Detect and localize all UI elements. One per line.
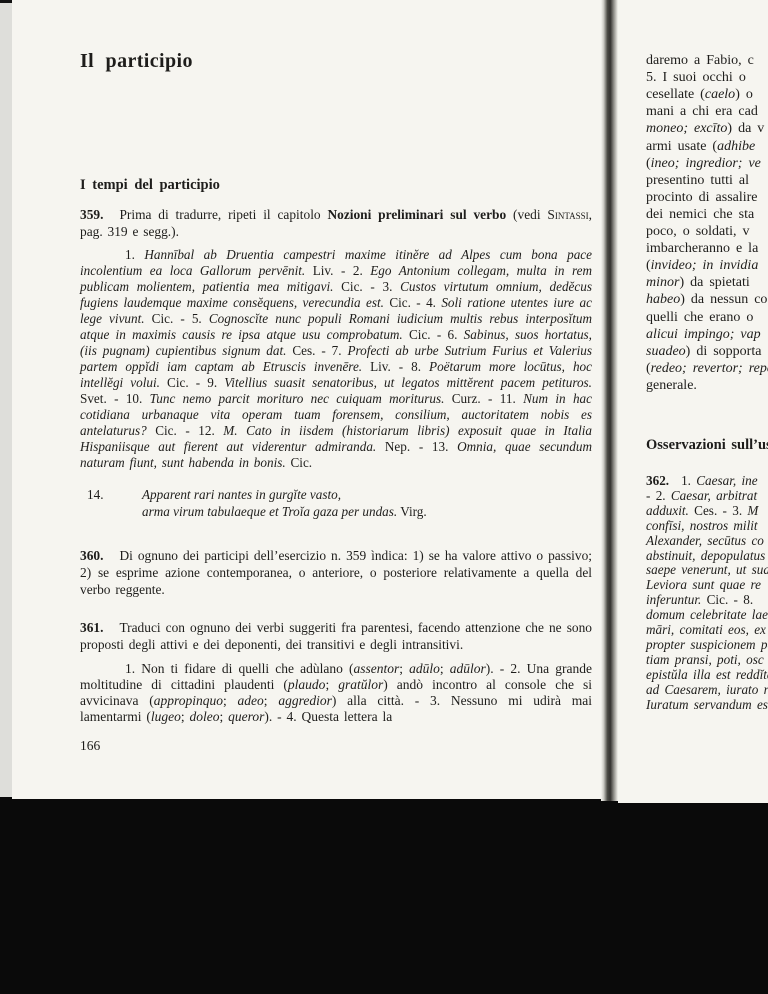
text-line: imbarcheranno e la xyxy=(646,240,768,257)
text-segment: daremo a Fabio, c xyxy=(646,53,754,68)
text-segment: māri, comitati eos, ex xyxy=(646,622,766,637)
paragraph-359: 359.Prima di tradurre, ripeti il capitol… xyxy=(80,206,592,240)
text-segment: Caesar, ine xyxy=(696,473,757,488)
text-segment: Nep. - 13. xyxy=(376,439,457,454)
text-line: suadeo) di sopporta xyxy=(646,343,768,360)
text-segment: adūlo xyxy=(409,661,440,676)
text-segment: procinto di assalire xyxy=(646,190,758,205)
text-segment: generale. xyxy=(646,378,697,393)
text-segment: Cic. xyxy=(286,455,312,470)
text-segment: abstinuit, depopulatus xyxy=(646,548,765,563)
text-segment: redeo; revertor; repe xyxy=(651,361,768,376)
text-segment: habeo xyxy=(646,292,680,307)
text-line: tiam pransi, poti, osc xyxy=(646,653,768,668)
scanned-book-photo: { "colors": { "paper": "#f6f5f0", "ink":… xyxy=(0,0,768,994)
text-line: propter suspicionem pa xyxy=(646,638,768,653)
verse-lines: Apparent rari nantes in gurgĭte vasto, a… xyxy=(142,487,582,520)
text-segment: armi usate ( xyxy=(646,139,717,154)
text-segment: poco, o soldati, v xyxy=(646,224,750,239)
text-segment: ; xyxy=(399,661,409,676)
text-segment: presentino tutti al xyxy=(646,173,749,188)
text-line: (invideo; in invidia xyxy=(646,257,768,274)
text-segment: imbarcheranno e la xyxy=(646,241,758,256)
text-segment: M xyxy=(747,503,758,518)
text-segment: quelli che erano o xyxy=(646,310,753,325)
text-line: quelli che erano o xyxy=(646,309,768,326)
text-line: epistŭla illa est reddĭta xyxy=(646,668,768,683)
text-segment: Liv. - 8. xyxy=(362,359,429,374)
text-line: presentino tutti al xyxy=(646,172,768,189)
text-line: confīsi, nostros milit xyxy=(646,519,768,534)
text-line: Iuratum servandum es xyxy=(646,698,768,713)
text-line: 362.1. Caesar, ine xyxy=(646,474,768,489)
text-segment: saepe venerunt, ut sua xyxy=(646,562,768,577)
text-segment: Cic. - 3. xyxy=(333,279,400,294)
text-segment: Alexander, secūtus co xyxy=(646,533,764,548)
text-segment: 359. xyxy=(80,207,103,222)
text-segment: adūlor xyxy=(450,661,486,676)
text-segment: 360. xyxy=(80,548,103,563)
text-segment: propter suspicionem pa xyxy=(646,637,768,652)
text-segment: 1. Non ti fidare di quelli che adùlano ( xyxy=(125,661,354,676)
text-line: poco, o soldati, v xyxy=(646,223,768,240)
text-segment: ) o xyxy=(735,87,753,102)
text-segment: ) di sopporta xyxy=(686,344,762,359)
text-line: minor) da spietati xyxy=(646,274,768,291)
text-segment: minor xyxy=(646,275,679,290)
text-segment: ; xyxy=(181,709,190,724)
text-line: 5. I suoi occhi o xyxy=(646,69,768,86)
text-segment: ; xyxy=(325,677,338,692)
text-segment: ) da v xyxy=(727,121,764,136)
text-segment: invideo; in invidia xyxy=(651,258,759,273)
text-line: cesellate (caelo) o xyxy=(646,86,768,103)
text-segment: Ces. - 7. xyxy=(286,343,347,358)
text-segment: adhibe xyxy=(717,139,755,154)
text-segment: Ces. - 3. xyxy=(694,503,747,518)
text-segment: Caesar, arbitrat xyxy=(671,488,757,503)
text-segment: 1. xyxy=(125,247,144,262)
text-segment: ). - 4. Questa lettera la xyxy=(264,709,392,724)
text-segment: ad Caesarem, iurato r xyxy=(646,682,768,697)
text-segment: ; xyxy=(440,661,450,676)
text-segment: Di ognuno dei participi dell’esercizio n… xyxy=(80,548,592,597)
text-segment: assentor xyxy=(354,661,400,676)
text-segment: caelo xyxy=(705,87,735,102)
paragraph-361: 361.Traduci con ognuno dei verbi suggeri… xyxy=(80,619,592,653)
text-segment: Iuratum servandum es xyxy=(646,697,768,712)
paragraph-360: 360.Di ognuno dei participi dell’eserciz… xyxy=(80,547,592,598)
text-segment: adeo xyxy=(238,693,264,708)
text-segment: dei nemici che sta xyxy=(646,207,754,222)
text-line: Leviora sunt quae re xyxy=(646,578,768,593)
text-segment: - 2. xyxy=(646,488,671,503)
text-segment: domum celebritate laet xyxy=(646,607,768,622)
text-segment: appropinquo xyxy=(154,693,223,708)
text-segment: (vedi xyxy=(506,207,547,222)
text-segment: Cic. - 6. xyxy=(403,327,464,342)
text-line: daremo a Fabio, c xyxy=(646,52,768,69)
text-segment: Svet. - 10. xyxy=(80,391,150,406)
verse-line: arma virum tabulaeque et Troĭa gaza per … xyxy=(142,504,582,521)
verse-line: Apparent rari nantes in gurgĭte vasto, xyxy=(142,487,582,504)
chapter-title: Il participio xyxy=(80,50,193,73)
exercise-359-sentences: 1. Hannībal ab Druentia campestri maxime… xyxy=(80,247,592,471)
text-line: procinto di assalire xyxy=(646,189,768,206)
text-line: abstinuit, depopulatus xyxy=(646,549,768,564)
text-line: - 2. Caesar, arbitrat xyxy=(646,489,768,504)
verse-number: 14. xyxy=(87,487,103,504)
text-line: domum celebritate laet xyxy=(646,608,768,623)
text-segment: Vitellius suasit senatoribus, ut legatos… xyxy=(224,375,592,390)
text-line: Alexander, secūtus co xyxy=(646,534,768,549)
text-segment: arma virum tabulaeque et Troĭa gaza per … xyxy=(142,504,397,519)
text-line: (redeo; revertor; repe xyxy=(646,360,768,377)
text-segment: tiam pransi, poti, osc xyxy=(646,652,764,667)
text-line: armi usate (adhibe xyxy=(646,138,768,155)
text-segment: Sintassi xyxy=(547,207,588,222)
text-segment: Cic. - 12. xyxy=(147,423,224,438)
text-line: ad Caesarem, iurato r xyxy=(646,683,768,698)
text-line: adduxit. Ces. - 3. M xyxy=(646,504,768,519)
text-segment: 361. xyxy=(80,620,103,635)
text-segment: ; xyxy=(223,693,238,708)
text-segment: doleo xyxy=(190,709,220,724)
text-segment: ineo; ingredior; ve xyxy=(651,156,761,171)
text-segment: gratŭlor xyxy=(338,677,383,692)
text-segment: Leviora sunt quae re xyxy=(646,577,761,592)
right-section-heading: Osservazioni sull’us xyxy=(646,437,768,454)
text-line: (ineo; ingredior; ve xyxy=(646,155,768,172)
text-line: habeo) da nessun co xyxy=(646,291,768,308)
text-segment: suadeo xyxy=(646,344,686,359)
text-segment: mani a chi era cad xyxy=(646,104,758,119)
section-heading: I tempi del participio xyxy=(80,177,220,194)
text-segment: Liv. - 2. xyxy=(305,263,370,278)
text-segment: moneo; excīto xyxy=(646,121,727,136)
text-segment: ; xyxy=(220,709,229,724)
text-segment: Tunc nemo parcit morituro nec cuiquam mo… xyxy=(150,391,445,406)
text-line: māri, comitati eos, ex xyxy=(646,623,768,638)
text-line: mani a chi era cad xyxy=(646,103,768,120)
text-segment: confīsi, nostros milit xyxy=(646,518,758,533)
text-segment: plaudo xyxy=(288,677,326,692)
text-segment: alicui impingo; vap xyxy=(646,327,761,342)
text-segment: ; xyxy=(264,693,279,708)
text-segment: ) da spietati xyxy=(679,275,749,290)
text-segment: 1. xyxy=(681,473,696,488)
book-spine-shadow xyxy=(601,0,618,801)
text-line: moneo; excīto) da v xyxy=(646,120,768,137)
text-segment: Nozioni preliminari sul verbo xyxy=(327,207,506,222)
text-segment: Cic. - 9. xyxy=(160,375,224,390)
text-line: dei nemici che sta xyxy=(646,206,768,223)
text-segment: cesellate ( xyxy=(646,87,705,102)
text-segment: aggredior xyxy=(278,693,332,708)
text-line: alicui impingo; vap xyxy=(646,326,768,343)
text-segment: Prima di tradurre, ripeti il capitolo xyxy=(119,207,327,222)
text-segment: lugeo xyxy=(151,709,181,724)
text-segment: Cic. - 5. xyxy=(145,311,209,326)
left-book-page: Il participio I tempi del participio 359… xyxy=(12,0,601,799)
text-segment: Curz. - 11. xyxy=(444,391,523,406)
text-segment: ) da nessun co xyxy=(680,292,767,307)
text-segment: 362. xyxy=(646,473,669,488)
exercise-361-sentences: 1. Non ti fidare di quelli che adùlano (… xyxy=(80,661,592,725)
text-segment: Virg. xyxy=(397,504,427,519)
text-segment: Apparent rari nantes in gurgĭte vasto, xyxy=(142,487,341,502)
text-segment: Traduci con ognuno dei verbi suggeriti f… xyxy=(80,620,592,652)
text-segment: epistŭla illa est reddĭta xyxy=(646,667,768,682)
text-segment: queror xyxy=(228,709,264,724)
text-line: generale. xyxy=(646,377,768,394)
text-line: inferuntur. Cic. - 8. xyxy=(646,593,768,608)
text-line: saepe venerunt, ut sua xyxy=(646,563,768,578)
right-book-page-fragment: daremo a Fabio, c 5. I suoi occhi o cese… xyxy=(618,0,768,803)
text-segment: adduxit. xyxy=(646,503,694,518)
text-segment: 5. I suoi occhi o xyxy=(646,70,746,85)
text-segment: inferuntur. xyxy=(646,592,707,607)
text-segment: Cic. - 8. xyxy=(707,592,754,607)
text-segment: Cic. - 4. xyxy=(384,295,441,310)
page-number: 166 xyxy=(80,738,100,754)
